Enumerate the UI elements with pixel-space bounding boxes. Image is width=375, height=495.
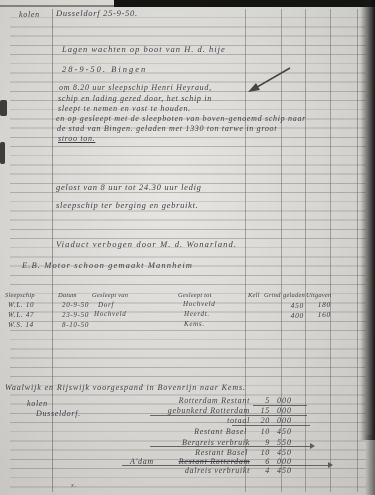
tow-row-from: Dorf [98,301,114,310]
tow-header-sleepschip: Sleepschip [5,291,35,300]
ledger-page: kolen Dusseldorf 25-9-50. Lagen wachten … [0,0,375,495]
margin-note: kolen [19,10,40,19]
ledger-row-label: gebunkerd Rotterdam [90,406,250,415]
ledger-row-v1: 20 [252,416,270,425]
crossing-note: Waalwijk en Rijswijk voorgespand in Bove… [5,383,246,392]
ledger-row-v2: 450 [277,427,292,436]
pencil-arrow-icon [244,64,296,100]
tow-header-uitgaven: Uitgaven [306,291,331,300]
ledger-row-v2: 000 [277,416,292,425]
ledger-row-label: Restant Basel [87,427,247,436]
page-top-edge [0,5,120,7]
arrow-tip-icon [310,443,315,449]
binding-ink-mark [0,142,5,164]
tow-row-amount: 160 [309,310,331,319]
ledger-underline [122,465,328,466]
tow-row-to: Hochveld [183,300,215,309]
tow-header-kell: Kell [248,291,260,300]
tow-row-date: 20-9-50 [62,301,89,310]
ledger-row-v1: 10 [252,427,270,436]
tow-header-grind: Grind [264,291,281,300]
book-binding [0,0,12,495]
stray-pencil-mark: x. [71,481,77,490]
entry-paragraph-line: schip en lading gered door, het schip in [58,94,212,103]
ledger-row-label: Restant Basel [88,448,248,457]
ledger-row-v1: 4 [252,466,270,475]
column-line [330,9,331,492]
tow-row-to: Kems. [184,320,205,329]
tow-header-gesleept-tot: Gesleept tot [178,291,212,300]
tow-header-gesleept-van: Gesleept van [92,291,128,300]
photo-right-edge [360,0,375,440]
tow-header-geladen: geladen [283,291,305,300]
ledger-underline [253,405,307,406]
entry-title: Dusseldorf 25-9-50. [56,9,138,18]
tow-header-datum: Datum [58,291,77,300]
ledger-margin-note: kolen [27,399,48,408]
tow-row-loaded: 450 [283,301,304,310]
binding-ink-mark [0,100,7,116]
ledger-row-v1: 15 [252,406,270,415]
ledger-row-v2: 000 [277,406,292,415]
column-line [305,9,306,492]
arrow-tip-icon [328,462,333,468]
tow-row-ship: W.S. 14 [8,321,34,330]
column-line [357,9,358,492]
ledger-margin-place: Dusseldorf. [36,409,81,418]
ledger-row-v2: 000 [277,396,292,405]
entry-paragraph-line: de stad van Bingen. geladen met 1330 ton… [57,124,277,133]
ledger-underline [232,425,310,426]
entry-paragraph-line: en op gesleept met de sleepboten van bov… [56,114,306,123]
ledger-underline [150,415,307,416]
ledger-row-label: dalreis verbruikt [90,466,250,475]
photo-right-edge-lower [365,435,375,495]
margin-line [52,9,53,492]
date-place-line: 28-9-50. Bingen [62,65,147,74]
waiting-line: Lagen wachten op boot van H. d. hije [62,45,226,54]
unload-line: gelost van 8 uur tot 24.30 uur ledig [56,183,202,192]
entry-paragraph-line: stroo ton. [58,134,95,143]
tow-row-amount: 180 [309,300,331,309]
entry-paragraph-line: sleept te nemen en vast te houden. [58,104,191,113]
tow-row-date: 8-10-50 [62,321,89,330]
ledger-row-v2: 450 [277,466,292,475]
unload-line: sleepschip ter berging en gebruikt. [56,201,198,210]
tow-row-ship: W.L. 10 [8,301,34,310]
ledger-row-v1: 5 [252,396,270,405]
motor-note: E.B. Motor schoon gemaakt Mannheim [22,261,193,270]
tow-row-from: Hochveld [94,310,126,319]
tow-row-to: Heerdt. [184,310,210,319]
tow-row-loaded: 400 [283,311,304,320]
ledger-row-v2: 450 [277,448,292,457]
tow-row-date: 23-9-50 [62,311,89,320]
viaduct-note: Viaduct verbogen door M. d. Wonarland. [56,240,237,249]
ledger-row-v1: 10 [252,448,270,457]
ledger-underline [150,446,310,447]
photo-top-edge [114,0,375,7]
ledger-row-label: Rotterdam Restant [90,396,250,405]
ledger-row-label: totaal [90,416,250,425]
entry-paragraph-line: om 8.20 uur sleepschip Henri Heyraud, [59,83,212,92]
tow-row-ship: W.L. 47 [8,311,34,320]
